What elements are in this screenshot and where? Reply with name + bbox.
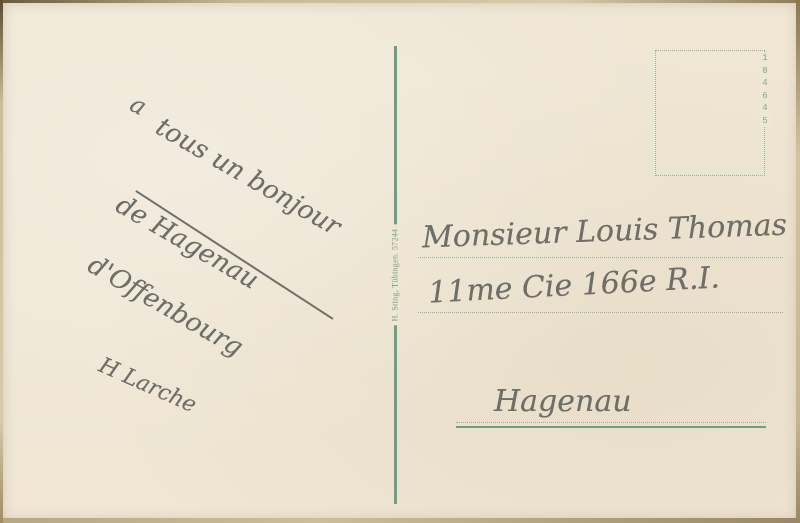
serial-digit: 4 (762, 77, 767, 90)
handwritten-message: a tous un bonjour de Hagenau d'Offenbour… (118, 70, 378, 470)
address-line-1-rule (418, 257, 783, 258)
card-edge-left (0, 0, 3, 523)
publisher-imprint: H. Sting, Tübingen. 57244 (391, 225, 400, 326)
postcard-back: a tous un bonjour de Hagenau d'Offenbour… (0, 0, 800, 523)
address-line-3-rule (456, 422, 766, 423)
serial-digit: 5 (762, 115, 767, 128)
address-line-2-rule (418, 312, 783, 313)
address-unit: 11me Cie 166e R.I. (427, 260, 720, 310)
serial-digit: 6 (762, 90, 767, 103)
serial-digit: 4 (762, 102, 767, 115)
card-edge-top (0, 0, 800, 3)
address-city: Hagenau (494, 384, 632, 419)
stamp-box-serial-number: 1 8 4 6 4 5 (759, 52, 771, 127)
address-recipient: Monsieur Louis Thomas (422, 208, 788, 256)
card-edge-bottom (0, 518, 800, 523)
message-signature: H Larche (95, 353, 200, 418)
message-line-1: a (125, 90, 151, 121)
stamp-placement-box (655, 50, 765, 176)
serial-digit: 8 (762, 65, 767, 78)
card-edge-right (796, 0, 800, 523)
serial-digit: 1 (762, 52, 767, 65)
